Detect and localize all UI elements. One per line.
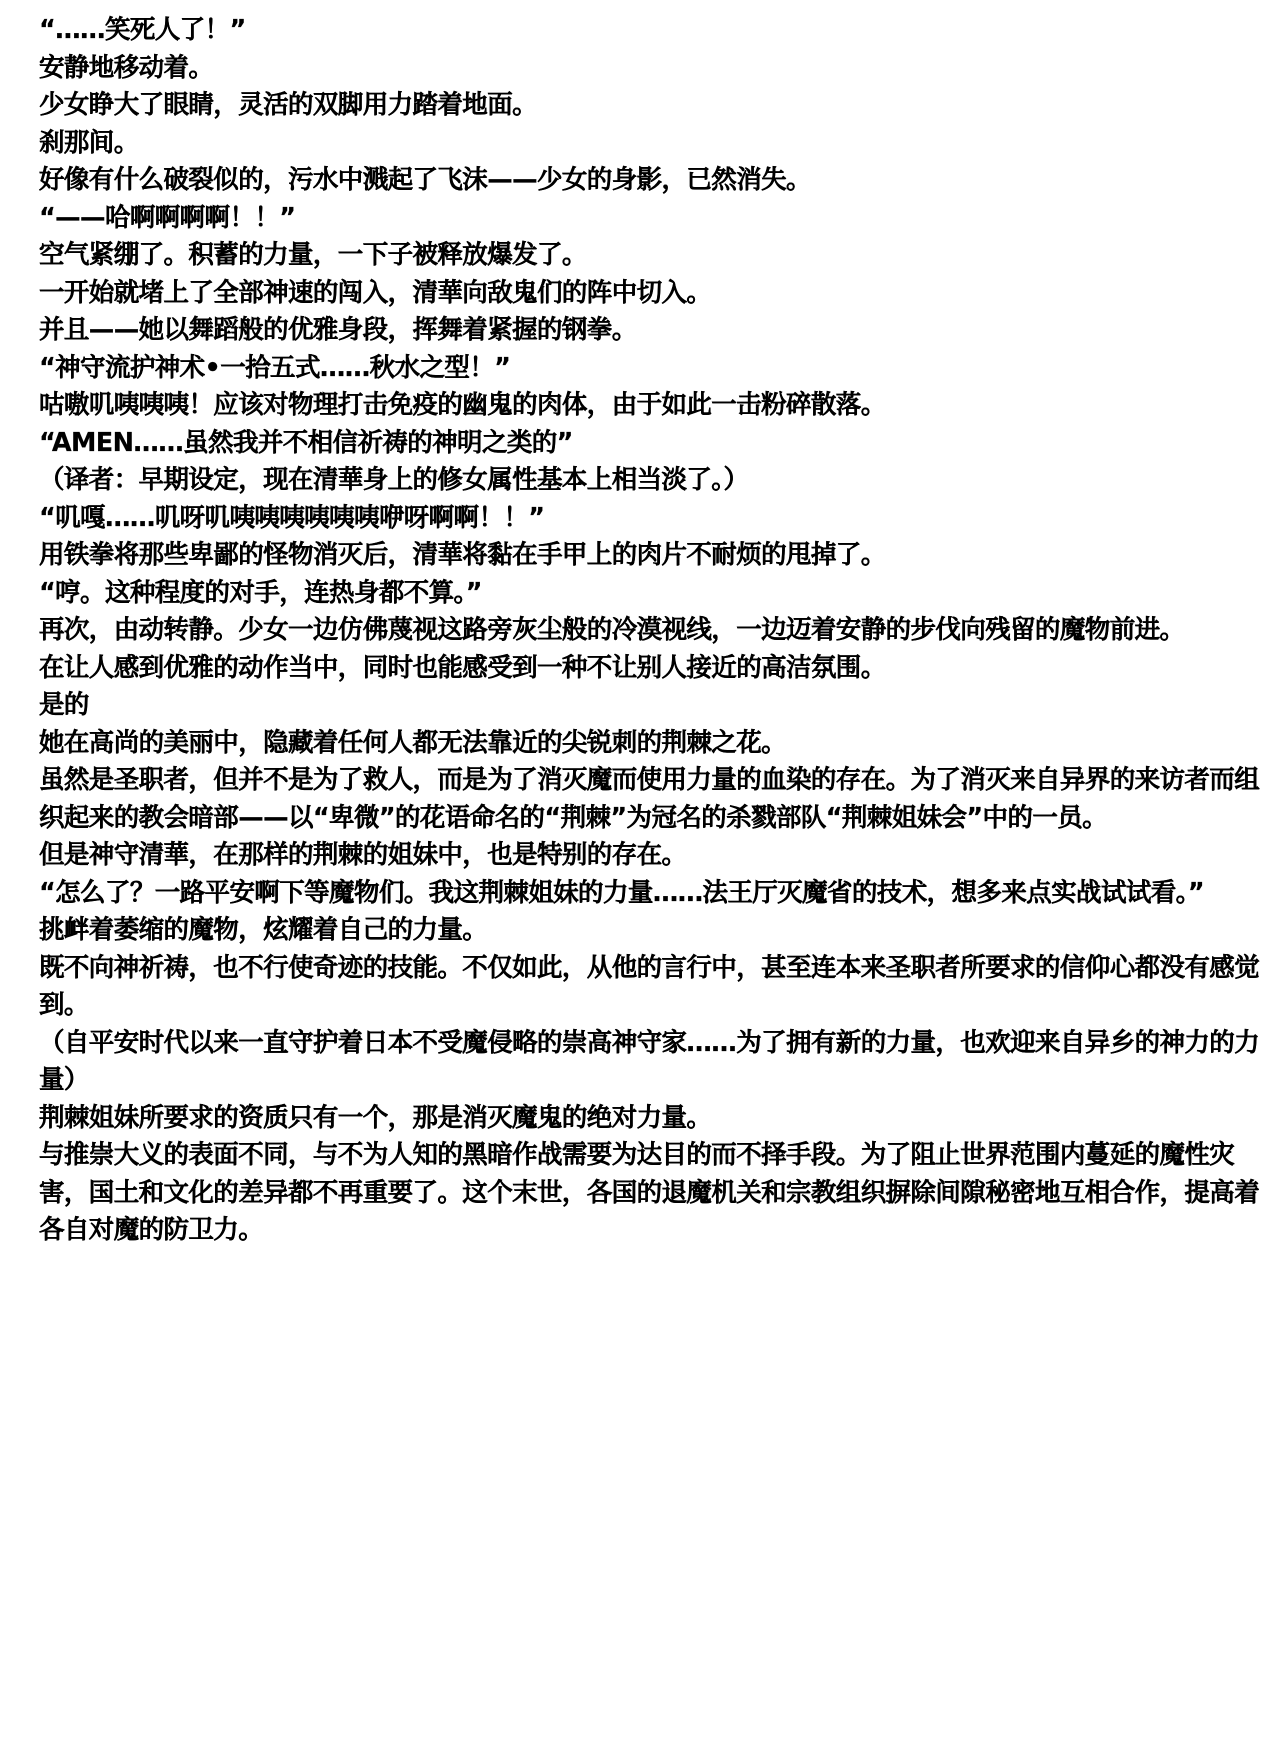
paragraph: 并且——她以舞蹈般的优雅身段，挥舞着紧握的钢拳。 xyxy=(39,312,1269,350)
paragraph: （自平安时代以来一直守护着日本不受魔侵略的崇高神守家……为了拥有新的力量，也欢迎… xyxy=(39,1025,1269,1100)
paragraph: 挑衅着萎缩的魔物，炫耀着自己的力量。 xyxy=(39,912,1269,950)
paragraph: 是的 xyxy=(39,687,1269,725)
paragraph: “AMEN……虽然我并不相信祈祷的神明之类的” xyxy=(39,425,1269,463)
paragraph: 荆棘姐妹所要求的资质只有一个，那是消灭魔鬼的绝对力量。 xyxy=(39,1100,1269,1138)
paragraph: “神守流护神术•一拾五式……秋水之型！” xyxy=(39,350,1269,388)
paragraph: 空气紧绷了。积蓄的力量，一下子被释放爆发了。 xyxy=(39,237,1269,275)
paragraph: 刹那间。 xyxy=(39,125,1269,163)
paragraph: 既不向神祈祷，也不行使奇迹的技能。不仅如此，从他的言行中，甚至连本来圣职者所要求… xyxy=(39,950,1269,1025)
paragraph: “叽嘎……叽呀叽咦咦咦咦咦咦咿呀啊啊！！” xyxy=(39,500,1269,538)
paragraph: “怎么了？一路平安啊下等魔物们。我这荆棘姐妹的力量……法王厅灭魔省的技术，想多来… xyxy=(39,875,1269,913)
paragraph: 虽然是圣职者，但并不是为了救人，而是为了消灭魔而使用力量的血染的存在。为了消灭来… xyxy=(39,762,1269,837)
paragraph: “哼。这种程度的对手，连热身都不算。” xyxy=(39,575,1269,613)
paragraph: 但是神守清華，在那样的荆棘的姐妹中，也是特别的存在。 xyxy=(39,837,1269,875)
paragraph: 少女睁大了眼睛，灵活的双脚用力踏着地面。 xyxy=(39,87,1269,125)
paragraph: 与推崇大义的表面不同，与不为人知的黑暗作战需要为达目的而不择手段。为了阻止世界范… xyxy=(39,1137,1269,1250)
paragraph: 再次，由动转静。少女一边仿佛蔑视这路旁灰尘般的冷漠视线，一边迈着安静的步伐向残留… xyxy=(39,612,1269,650)
paragraph: 好像有什么破裂似的，污水中溅起了飞沫——少女的身影，已然消失。 xyxy=(39,162,1269,200)
paragraph: 咕嗷叽咦咦咦！应该对物理打击免疫的幽鬼的肉体，由于如此一击粉碎散落。 xyxy=(39,387,1269,425)
paragraph: 安静地移动着。 xyxy=(39,50,1269,88)
paragraph: 她在高尚的美丽中，隐藏着任何人都无法靠近的尖锐刺的荆棘之花。 xyxy=(39,725,1269,763)
paragraph: “——哈啊啊啊啊！！” xyxy=(39,200,1269,238)
paragraph: 用铁拳将那些卑鄙的怪物消灭后，清華将黏在手甲上的肉片不耐烦的甩掉了。 xyxy=(39,537,1269,575)
paragraph: “……笑死人了！” xyxy=(39,12,1269,50)
paragraph: （译者：早期设定，现在清華身上的修女属性基本上相当淡了。） xyxy=(39,462,1269,500)
paragraph: 在让人感到优雅的动作当中，同时也能感受到一种不让别人接近的高洁氛围。 xyxy=(39,650,1269,688)
document-page: “……笑死人了！” 安静地移动着。 少女睁大了眼睛，灵活的双脚用力踏着地面。 刹… xyxy=(39,12,1269,1250)
paragraph: 一开始就堵上了全部神速的闯入，清華向敌鬼们的阵中切入。 xyxy=(39,275,1269,313)
